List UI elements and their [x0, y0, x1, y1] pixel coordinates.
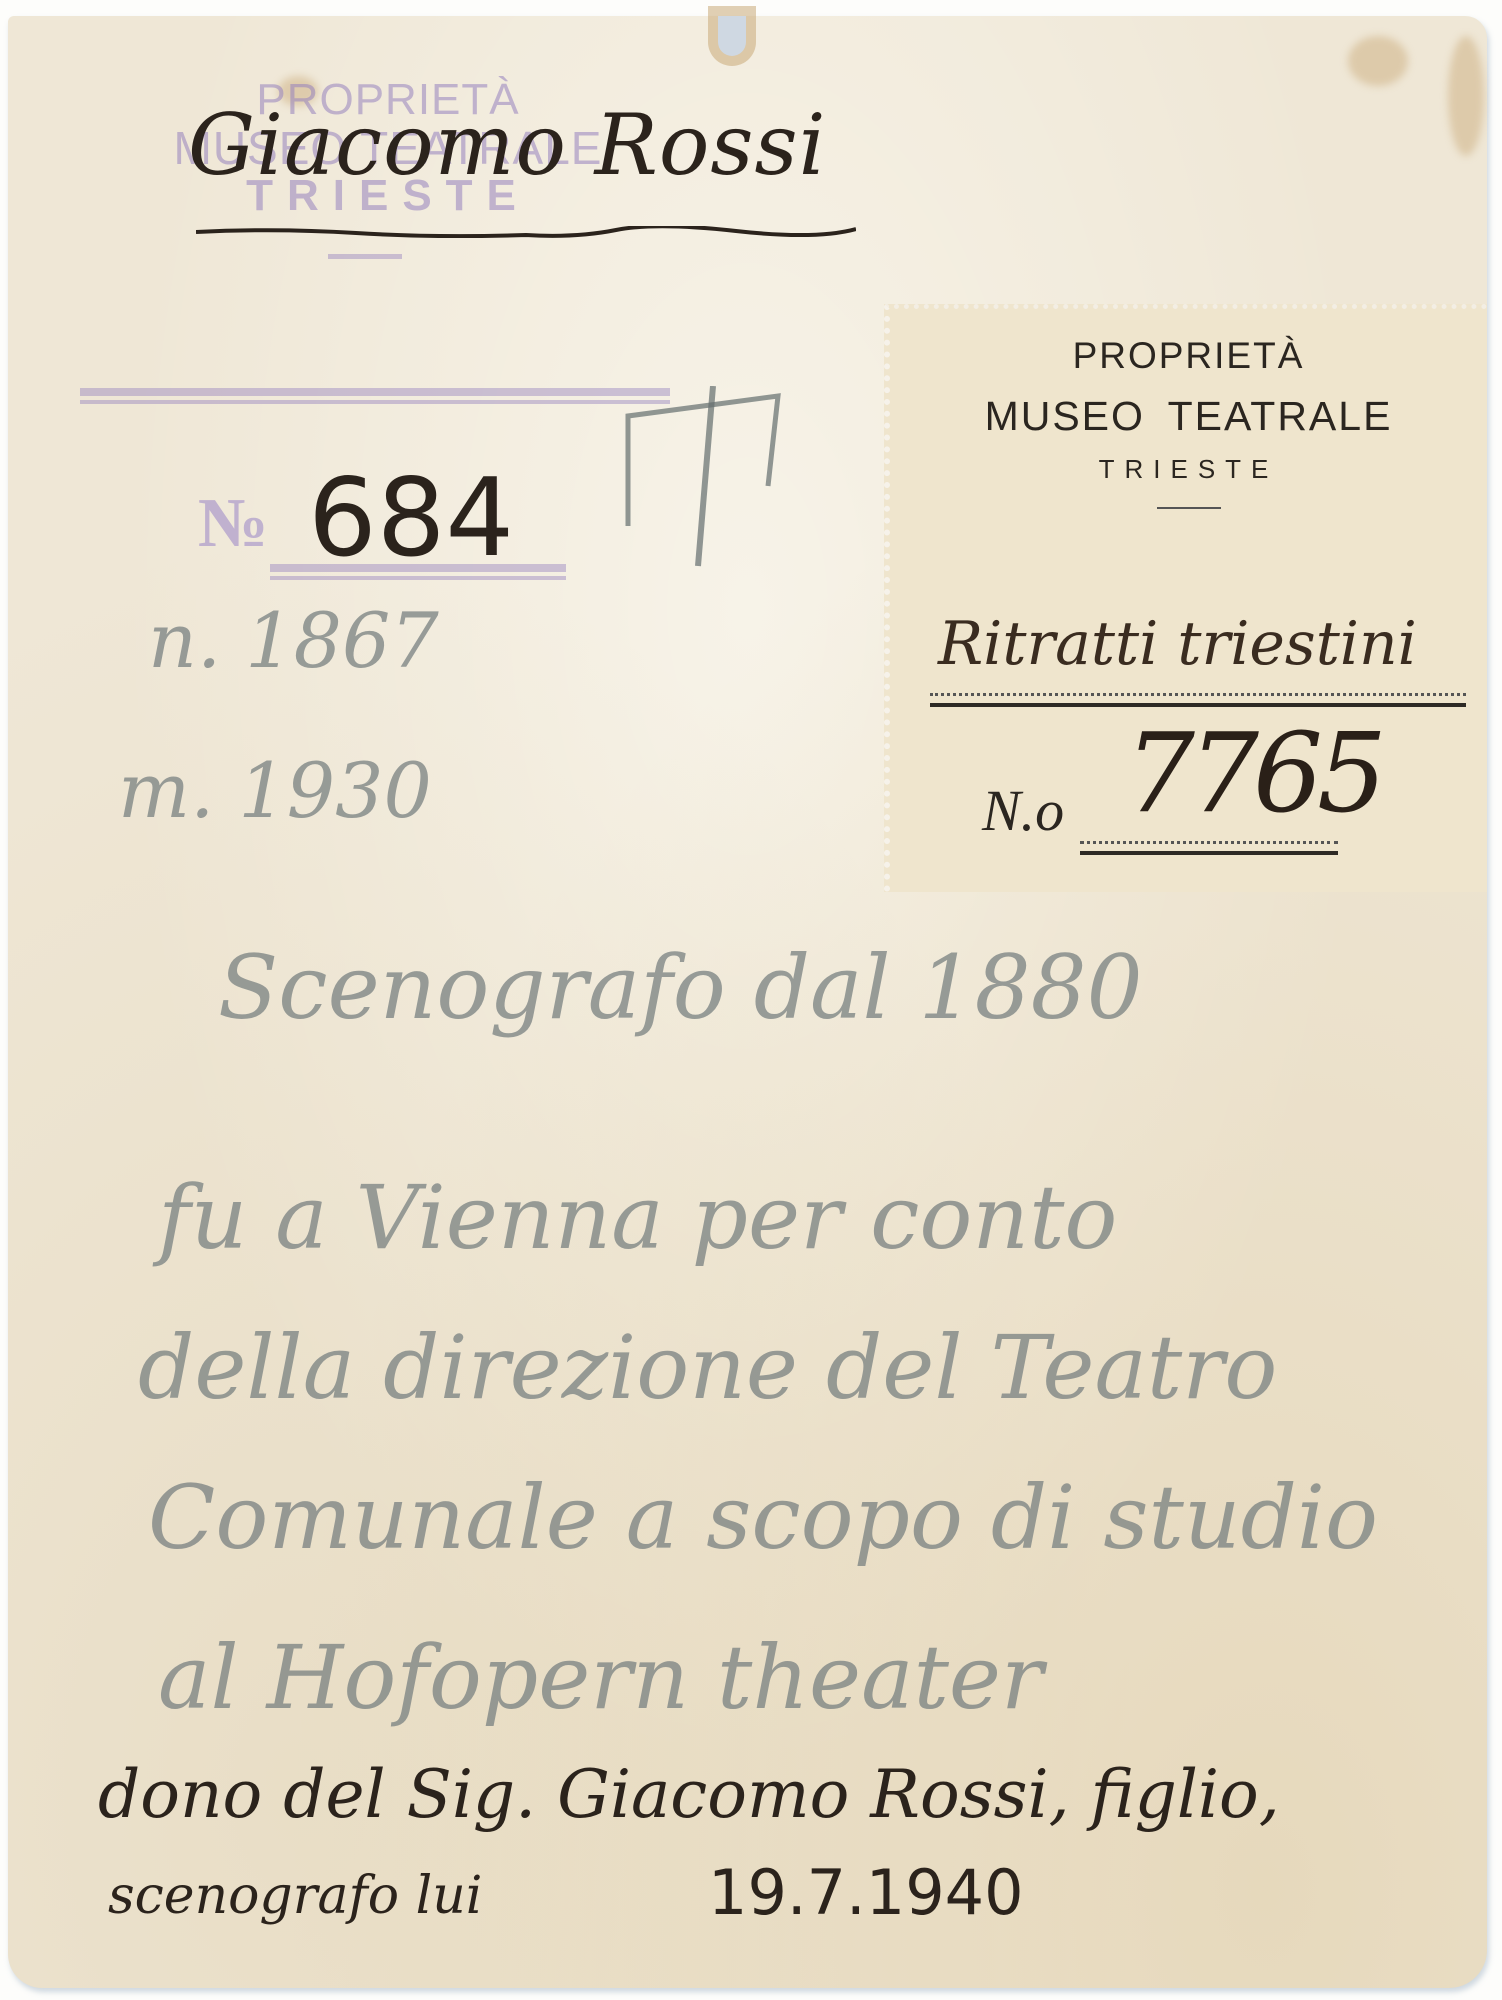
museum-label: PROPRIETÀ MUSEO TEATRALE TRIESTE Ritratt… [884, 304, 1487, 892]
label-number-prefix: N.o [982, 777, 1064, 844]
note-line-2: fu a Vienna per conto [158, 1166, 1117, 1269]
birth-year: n. 1867 [148, 596, 439, 685]
number-rule [1080, 851, 1338, 855]
donation-line-1: dono del Sig. Giacomo Rossi, figlio, [98, 1756, 1280, 1833]
death-year: m. 1930 [118, 746, 432, 835]
category-rule [930, 703, 1466, 707]
category-dotted-rule [930, 693, 1466, 696]
inventory-number: 684 [308, 456, 514, 581]
pencil-t-mark [618, 386, 798, 576]
note-line-4: Comunale a scopo di studio [148, 1466, 1378, 1569]
note-line-5: al Hofopern theater [158, 1626, 1043, 1729]
stamp-rule-top [80, 388, 670, 396]
label-line-3: TRIESTE [890, 454, 1487, 485]
subject-name: Giacomo Rossi [188, 96, 827, 194]
label-number-value: 7765 [1125, 709, 1381, 837]
stamp-rule-top-2 [80, 400, 670, 404]
label-line-1: PROPRIETÀ [890, 335, 1487, 377]
wavy-underline [196, 226, 856, 238]
stamp-short-rule [328, 254, 402, 259]
punched-hole [718, 16, 746, 56]
foxing-stain [1348, 36, 1408, 86]
note-line-1: Scenografo dal 1880 [218, 936, 1143, 1039]
label-category: Ritratti triestini [938, 609, 1417, 679]
donation-date: 19.7.1940 [708, 1856, 1024, 1929]
number-dotted-rule [1080, 841, 1338, 844]
label-separator [1157, 507, 1221, 509]
donation-line-2: scenografo lui [108, 1866, 482, 1926]
label-line-2: MUSEO TEATRALE [890, 393, 1487, 440]
edge-stain [1448, 36, 1484, 156]
stamp-number-sign: № [198, 484, 268, 564]
note-line-3: della direzione del Teatro [138, 1316, 1277, 1419]
